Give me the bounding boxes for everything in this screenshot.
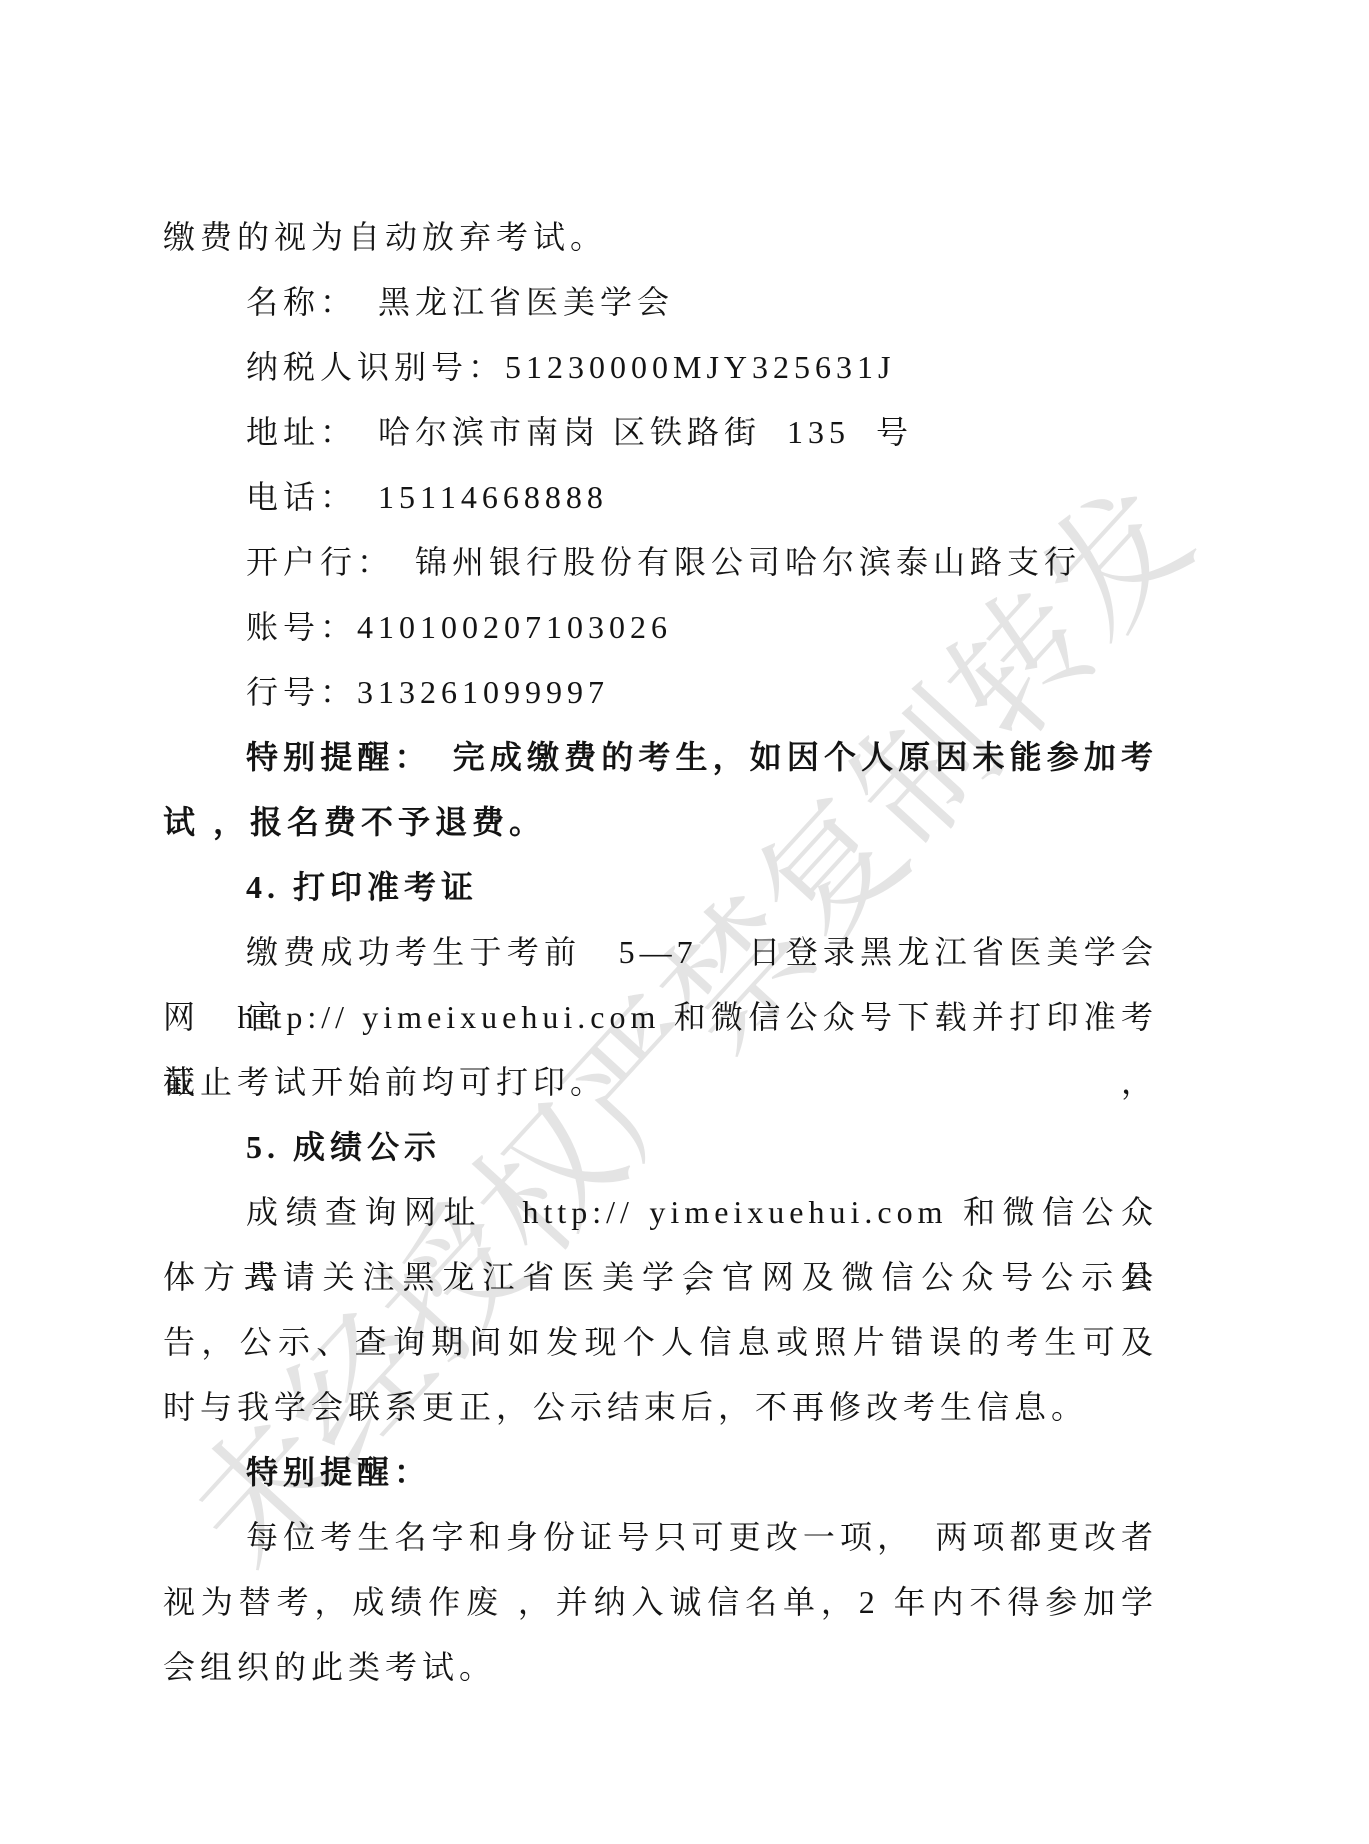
refund-notice-line-2: 试 ，报名费不予退费。: [163, 790, 1158, 855]
section-4-heading: 4. 打印准考证: [163, 855, 1158, 920]
tax-id-field: 纳税人识别号：51230000MJY325631J: [163, 335, 1158, 400]
bank-branch-field: 开户行： 锦州银行股份有限公司哈尔滨泰山路支行: [163, 530, 1158, 595]
refund-notice-line-1: 特别提醒： 完成缴费的考生，如因个人原因未能参加考: [163, 725, 1158, 790]
reminder-line-3: 会组织的此类考试。: [163, 1635, 1158, 1700]
account-number-field: 账号：410100207103026: [163, 595, 1158, 660]
score-publicity-line-1: 成绩查询网址 http:// yimeixuehui.com 和微信公众号，具: [163, 1180, 1158, 1245]
reminder-line-1: 每位考生名字和身份证号只可更改一项， 两项都更改者: [163, 1505, 1158, 1570]
admission-ticket-line-1: 缴费成功考生于考前 5—7 日登录黑龙江省医美学会官: [163, 920, 1158, 985]
admission-ticket-line-2: 网 http:// yimeixuehui.com 和微信公众号下载并打印准考证…: [163, 985, 1158, 1050]
address-field: 地址： 哈尔滨市南岗 区铁路街 135 号: [163, 400, 1158, 465]
score-publicity-line-4: 时与我学会联系更正，公示结束后，不再修改考生信息。: [163, 1375, 1158, 1440]
reminder-line-2: 视为替考，成绩作废 ，并纳入诚信名单，2 年内不得参加学: [163, 1570, 1158, 1635]
payment-forfeit-note: 缴费的视为自动放弃考试。: [163, 205, 1158, 270]
section-5-heading: 5. 成绩公示: [163, 1115, 1158, 1180]
bank-code-field: 行号：313261099997: [163, 660, 1158, 725]
document-body: 缴费的视为自动放弃考试。 名称： 黑龙江省医美学会 纳税人识别号：5123000…: [163, 205, 1158, 1700]
special-reminder-heading: 特别提醒：: [163, 1440, 1158, 1505]
phone-field: 电话： 15114668888: [163, 465, 1158, 530]
score-publicity-line-2: 体方式请关注黑龙江省医美学会官网及微信公众号公示公: [163, 1245, 1158, 1310]
document-page: 未经授权严禁复制转发 缴费的视为自动放弃考试。 名称： 黑龙江省医美学会 纳税人…: [0, 0, 1369, 1844]
score-publicity-line-3: 告，公示、查询期间如发现个人信息或照片错误的考生可及: [163, 1310, 1158, 1375]
org-name-field: 名称： 黑龙江省医美学会: [163, 270, 1158, 335]
